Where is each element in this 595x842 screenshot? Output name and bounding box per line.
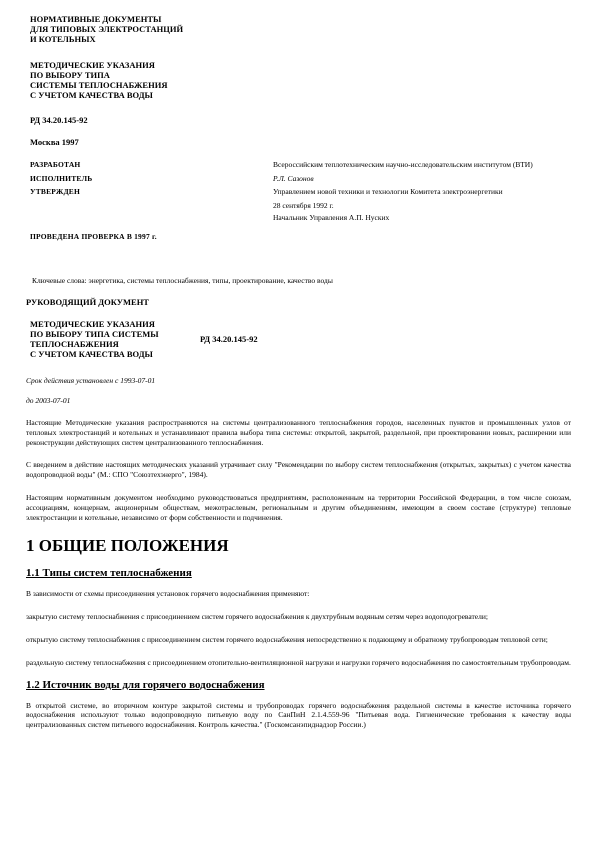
approved-signer-row: Начальник Управления А.П. Нуских <box>30 213 571 223</box>
section-1-2-paragraph: В открытой системе, во вторичном контуре… <box>26 701 571 730</box>
approved-label: УТВЕРЖДЕН <box>30 187 273 197</box>
section-1-1-heading: 1.1 Типы систем теплоснабжения <box>26 567 571 580</box>
title-line: МЕТОДИЧЕСКИЕ УКАЗАНИЯ <box>30 60 571 70</box>
system-type-item: закрытую систему теплоснабжения с присое… <box>26 612 571 622</box>
executor-value: Р.Л. Сазонов <box>273 174 571 184</box>
intro-paragraph: Настоящим нормативным документом необход… <box>26 493 571 522</box>
keywords-line: Ключевые слова: энергетика, системы тепл… <box>32 276 571 285</box>
executor-label: ИСПОЛНИТЕЛЬ <box>30 174 273 184</box>
approved-value: Управлением новой техники и технологии К… <box>273 187 571 197</box>
series-line: ДЛЯ ТИПОВЫХ ЭЛЕКТРОСТАНЦИЙ <box>30 24 571 34</box>
mid-title-block: МЕТОДИЧЕСКИЕ УКАЗАНИЯ ПО ВЫБОРУ ТИПА СИС… <box>30 319 571 359</box>
validity-to: до 2003-07-01 <box>26 396 571 405</box>
document-series: НОРМАТИВНЫЕ ДОКУМЕНТЫ ДЛЯ ТИПОВЫХ ЭЛЕКТР… <box>30 14 571 44</box>
approved-row: УТВЕРЖДЕН Управлением новой техники и те… <box>30 187 571 197</box>
title-line: СИСТЕМЫ ТЕПЛОСНАБЖЕНИЯ <box>30 80 571 90</box>
document-title: МЕТОДИЧЕСКИЕ УКАЗАНИЯ ПО ВЫБОРУ ТИПА СИС… <box>30 60 571 100</box>
masthead: НОРМАТИВНЫЕ ДОКУМЕНТЫ ДЛЯ ТИПОВЫХ ЭЛЕКТР… <box>30 14 571 100</box>
mid-title-lines: МЕТОДИЧЕСКИЕ УКАЗАНИЯ ПО ВЫБОРУ ТИПА СИС… <box>30 319 172 359</box>
check-note: ПРОВЕДЕНА ПРОВЕРКА В 1997 г. <box>30 232 571 242</box>
approval-block: РАЗРАБОТАН Всероссийским теплотехнически… <box>30 160 571 241</box>
title-line: С УЧЕТОМ КАЧЕСТВА ВОДЫ <box>30 90 571 100</box>
validity-from: Срок действия установлен с 1993-07-01 <box>26 376 571 385</box>
spacer <box>30 213 273 223</box>
title-line: ПО ВЫБОРУ ТИПА <box>30 70 571 80</box>
intro-paragraph: Настоящие Методические указания распрост… <box>26 418 571 447</box>
approved-date-row: 28 сентября 1992 г. <box>30 201 571 211</box>
mid-title-line: МЕТОДИЧЕСКИЕ УКАЗАНИЯ <box>30 319 172 329</box>
mid-title-line: ПО ВЫБОРУ ТИПА СИСТЕМЫ <box>30 329 172 339</box>
system-type-item: открытую систему теплоснабжения с присое… <box>26 635 571 645</box>
intro-paragraph: С введением в действие настоящих методич… <box>26 460 571 480</box>
mid-title-line: С УЧЕТОМ КАЧЕСТВА ВОДЫ <box>30 349 172 359</box>
series-line: НОРМАТИВНЫЕ ДОКУМЕНТЫ <box>30 14 571 24</box>
developed-row: РАЗРАБОТАН Всероссийским теплотехнически… <box>30 160 571 170</box>
document-page: НОРМАТИВНЫЕ ДОКУМЕНТЫ ДЛЯ ТИПОВЫХ ЭЛЕКТР… <box>0 0 595 842</box>
section-1-heading: 1 ОБЩИЕ ПОЛОЖЕНИЯ <box>26 536 571 556</box>
spacer <box>30 201 273 211</box>
developed-value: Всероссийским теплотехническим научно-ис… <box>273 160 571 170</box>
approved-signer: Начальник Управления А.П. Нуских <box>273 213 571 223</box>
developed-label: РАЗРАБОТАН <box>30 160 273 170</box>
system-type-item: раздельную систему теплоснабжения с прис… <box>26 658 571 668</box>
mid-document-number: РД 34.20.145-92 <box>200 334 258 344</box>
document-number: РД 34.20.145-92 <box>30 115 571 125</box>
section-1-2-heading: 1.2 Источник воды для горячего водоснабж… <box>26 679 571 692</box>
executor-row: ИСПОЛНИТЕЛЬ Р.Л. Сазонов <box>30 174 571 184</box>
approved-date: 28 сентября 1992 г. <box>273 201 571 211</box>
place-year: Москва 1997 <box>30 137 571 147</box>
section-1-1-lead: В зависимости от схемы присоединения уст… <box>26 589 571 599</box>
mid-title-line: ТЕПЛОСНАБЖЕНИЯ <box>30 339 172 349</box>
series-line: И КОТЕЛЬНЫХ <box>30 34 571 44</box>
doc-type-label: РУКОВОДЯЩИЙ ДОКУМЕНТ <box>26 297 571 307</box>
